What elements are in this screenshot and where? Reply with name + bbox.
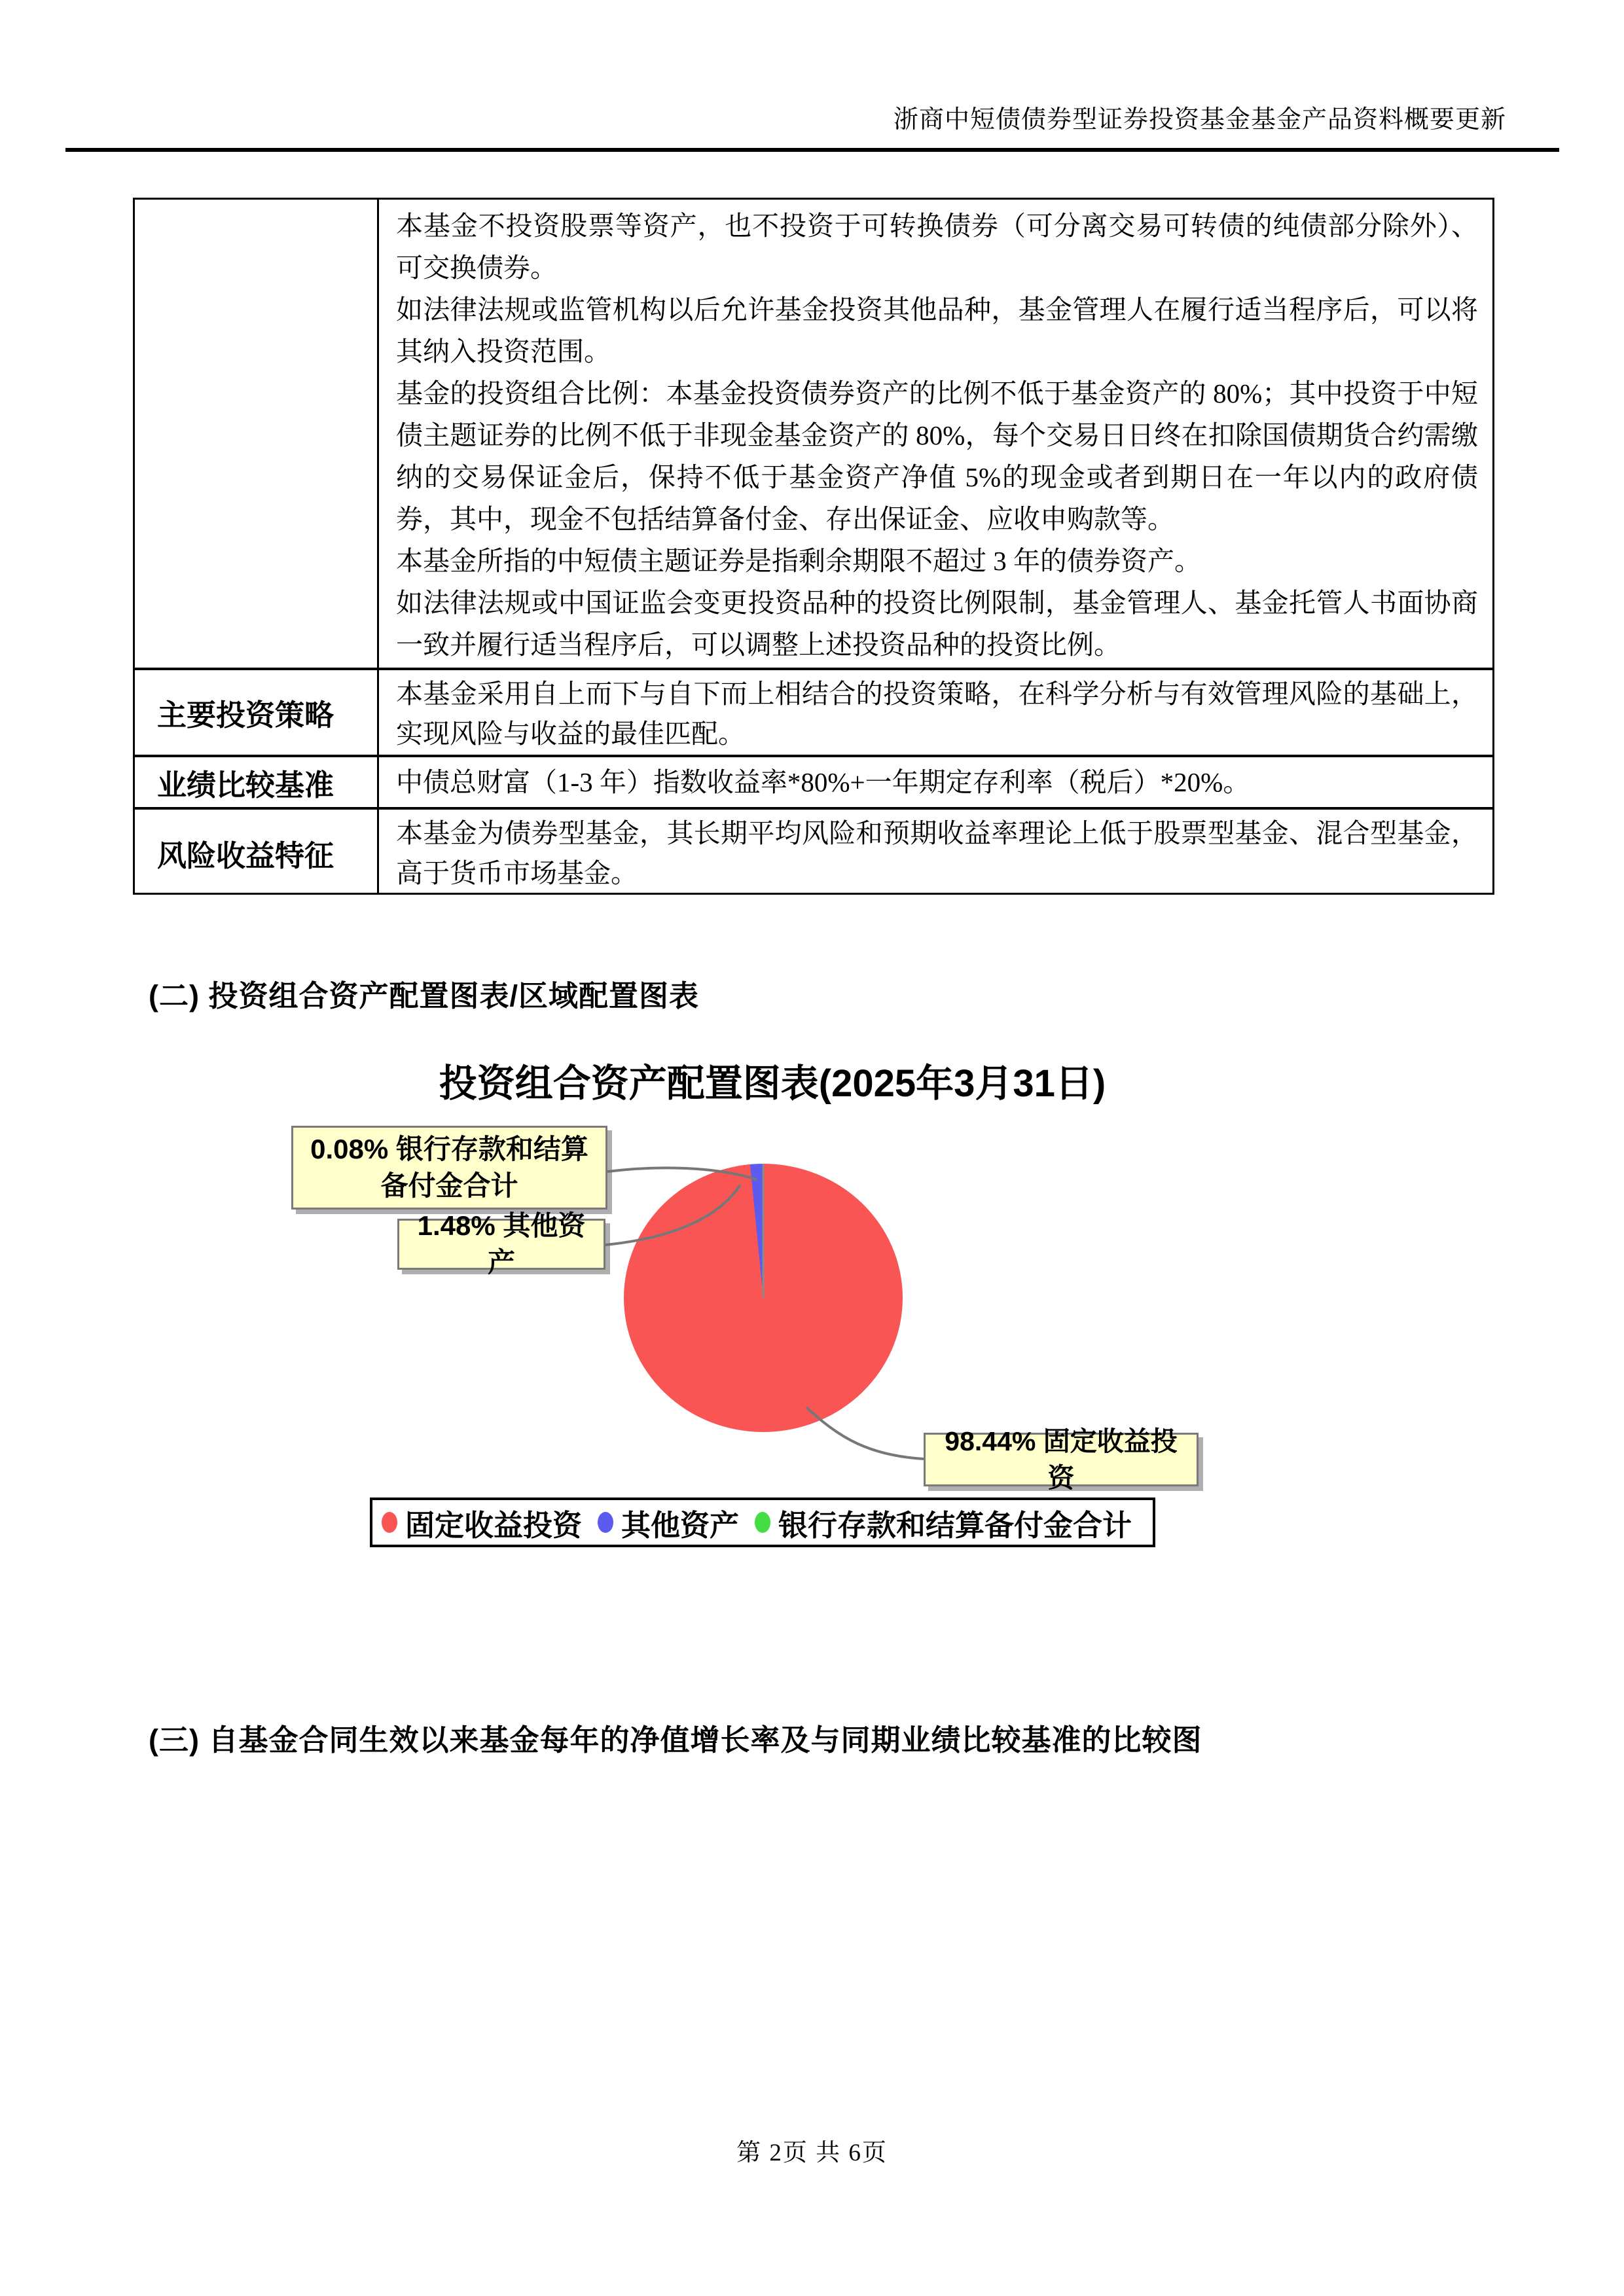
legend-bullet-red-icon: [382, 1512, 397, 1533]
table-cell-paragraph: 本基金所指的中短债主题证券是指剩余期限不超过 3 年的债券资产。: [396, 540, 1478, 582]
table-cell-paragraph: 基金的投资组合比例：本基金投资债券资产的比例不低于基金资产的 80%；其中投资于…: [396, 372, 1478, 540]
table-cell-body: 本基金不投资股票等资产，也不投资于可转换债券（可分离交易可转债的纯债部分除外）、…: [379, 200, 1492, 668]
legend-item: 银行存款和结算备付金合计: [755, 1501, 1132, 1544]
table-cell-body: 本基金为债券型基金，其长期平均风险和预期收益率理论上低于股票型基金、混合型基金，…: [379, 810, 1492, 897]
pie-callout-fixed-income: 98.44% 固定收益投资: [924, 1433, 1199, 1486]
table-row: 业绩比较基准 中债总财富（1-3 年）指数收益率*80%+一年期定存利率（税后）…: [135, 755, 1492, 807]
table-row: 主要投资策略 本基金采用自上而下与自下而上相结合的投资策略，在科学分析与有效管理…: [135, 668, 1492, 755]
table-cell-paragraph: 如法律法规或监管机构以后允许基金投资其他品种，基金管理人在履行适当程序后，可以将…: [396, 289, 1478, 372]
pie-callout-bank-deposits: 0.08% 银行存款和结算备付金合计: [291, 1126, 607, 1210]
pie-callout-other-assets: 1.48% 其他资产: [397, 1219, 605, 1270]
page-footer: 第 2页 共 6页: [0, 2132, 1624, 2168]
legend-label: 其他资产: [621, 1501, 739, 1544]
legend-bullet-blue-icon: [598, 1512, 613, 1533]
pie-chart: [624, 1164, 903, 1432]
table-cell-paragraph: 本基金采用自上而下与自下而上相结合的投资策略，在科学分析与有效管理风险的基础上，…: [396, 674, 1478, 754]
document-page: 浙商中短债债券型证券投资基金基金产品资料概要更新 本基金不投资股票等资产，也不投…: [0, 0, 1624, 2296]
pie-chart-title: 投资组合资产配置图表(2025年3月31日): [288, 1052, 1257, 1107]
table-row: 风险收益特征 本基金为债券型基金，其长期平均风险和预期收益率理论上低于股票型基金…: [135, 807, 1492, 897]
legend-bullet-green-icon: [755, 1512, 770, 1533]
legend-item: 其他资产: [598, 1501, 739, 1544]
section-heading-3: (三) 自基金合同生效以来基金每年的净值增长率及与同期业绩比较基准的比较图: [149, 1716, 1202, 1759]
table-row-label: 风险收益特征: [135, 810, 377, 897]
table-cell-paragraph: 如法律法规或中国证监会变更投资品种的投资比例限制，基金管理人、基金托管人书面协商…: [396, 582, 1478, 666]
table-cell-paragraph: 本基金为债券型基金，其长期平均风险和预期收益率理论上低于股票型基金、混合型基金，…: [396, 814, 1478, 893]
header-rule: [65, 148, 1559, 152]
table-cell-paragraph: 中债总财富（1-3 年）指数收益率*80%+一年期定存利率（税后）*20%。: [396, 761, 1250, 803]
table-cell-body: 本基金采用自上而下与自下而上相结合的投资策略，在科学分析与有效管理风险的基础上，…: [379, 670, 1492, 755]
legend-label: 银行存款和结算备付金合计: [778, 1501, 1132, 1544]
table-row-label: [135, 200, 377, 668]
table-row: 本基金不投资股票等资产，也不投资于可转换债券（可分离交易可转债的纯债部分除外）、…: [135, 200, 1492, 668]
legend-item: 固定收益投资: [382, 1501, 582, 1544]
pie-chart-legend: 固定收益投资 其他资产 银行存款和结算备付金合计: [370, 1498, 1155, 1547]
table-row-label: 主要投资策略: [135, 670, 377, 755]
table-row-label: 业绩比较基准: [135, 757, 377, 807]
fund-info-table: 本基金不投资股票等资产，也不投资于可转换债券（可分离交易可转债的纯债部分除外）、…: [133, 198, 1494, 895]
table-cell-paragraph: 本基金不投资股票等资产，也不投资于可转换债券（可分离交易可转债的纯债部分除外）、…: [396, 205, 1478, 289]
table-cell-body: 中债总财富（1-3 年）指数收益率*80%+一年期定存利率（税后）*20%。: [379, 757, 1492, 807]
header-title: 浙商中短债债券型证券投资基金基金产品资料概要更新: [118, 105, 1506, 135]
legend-label: 固定收益投资: [405, 1501, 582, 1544]
section-heading-2: (二) 投资组合资产配置图表/区域配置图表: [149, 972, 699, 1014]
